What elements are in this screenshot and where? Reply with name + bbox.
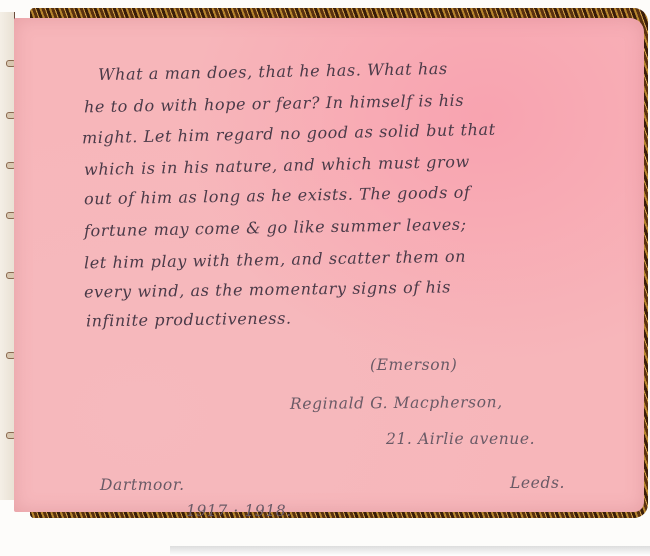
signature-address: 21. Airlie avenue.	[386, 430, 535, 448]
album-page: What a man does, that he has. What has h…	[14, 18, 644, 512]
quote-line: he to do with hope or fear? In himself i…	[84, 91, 464, 117]
signature-name: Reginald G. Macpherson,	[290, 393, 503, 413]
quote-line: might. Let him regard no good as solid b…	[82, 120, 496, 148]
page-shadow	[170, 546, 650, 556]
place: Dartmoor.	[100, 476, 185, 494]
quote-line: let him play with them, and scatter them…	[84, 247, 466, 273]
quote-line: every wind, as the momentary signs of hi…	[84, 277, 451, 301]
quote-line: infinite productiveness.	[86, 309, 292, 331]
attribution: (Emerson)	[370, 356, 457, 374]
quote-line: which is in his nature, and which must g…	[84, 152, 470, 179]
dates: 1917 · 1918.	[186, 502, 292, 520]
quote-line: out of him as long as he exists. The goo…	[84, 183, 471, 209]
quote-line: What a man does, that he has. What has	[98, 59, 448, 84]
quote-line: fortune may come & go like summer leaves…	[84, 215, 467, 241]
signature-city: Leeds.	[510, 474, 565, 492]
album-binding	[0, 12, 15, 500]
